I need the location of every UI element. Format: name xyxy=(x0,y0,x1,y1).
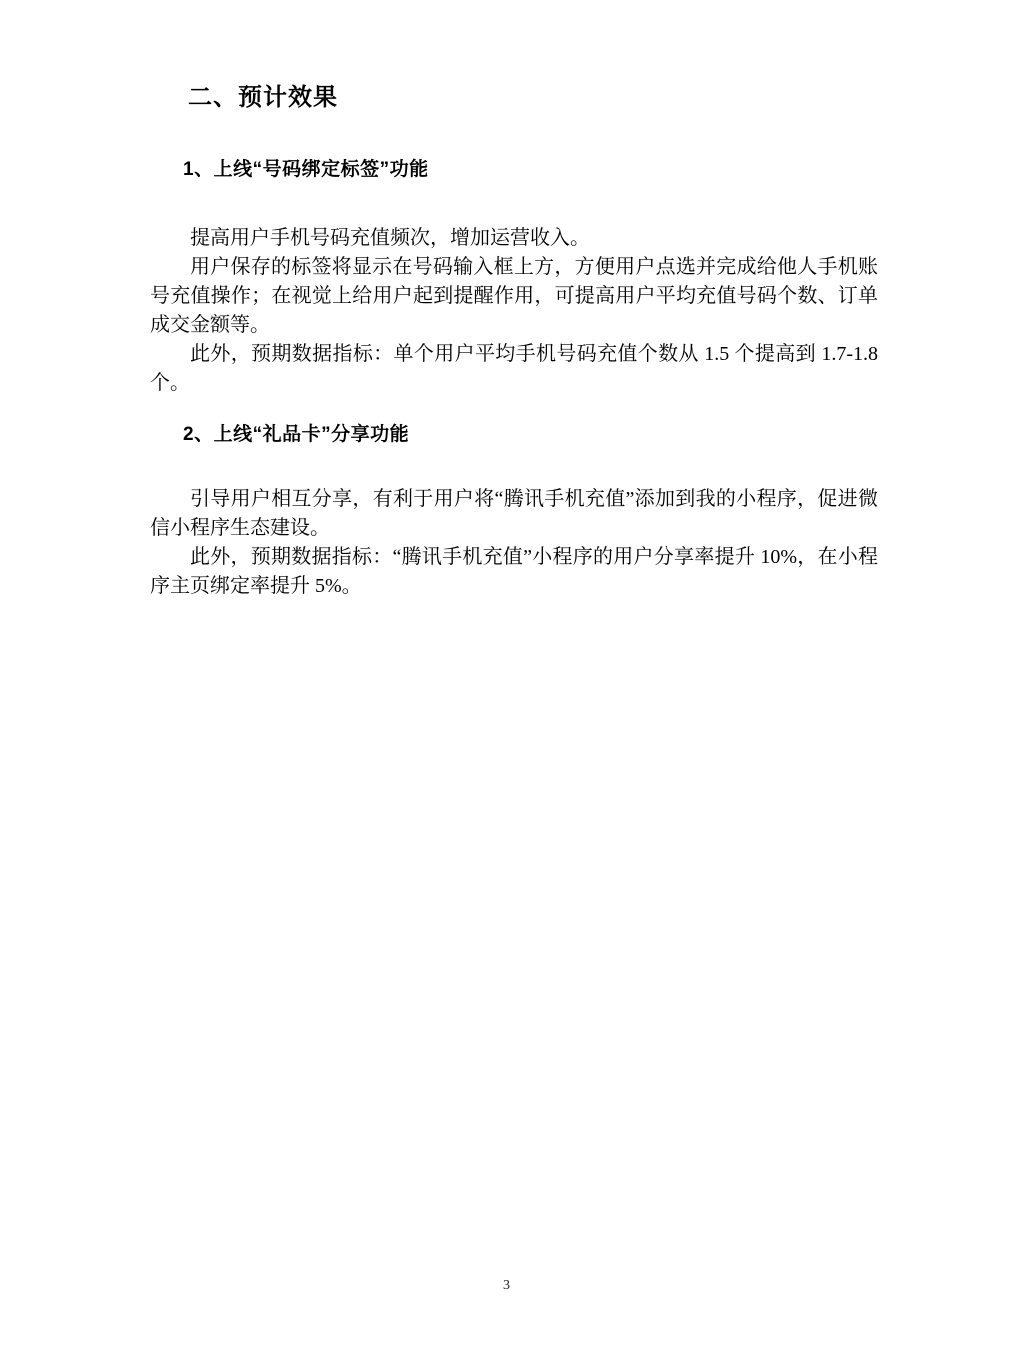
subsection-2-title: 2、上线“礼品卡”分享功能 xyxy=(183,424,878,446)
subsection-2-paragraph-1: 引导用户相互分享，有利于用户将“腾讯手机充值”添加到我的小程序，促进微信小程序生… xyxy=(150,485,878,543)
subsection-1-paragraph-3: 此外，预期数据指标：单个用户平均手机号码充值个数从 1.5 个提高到 1.7-1… xyxy=(150,340,878,398)
subsection-2-paragraph-2: 此外，预期数据指标：“腾讯手机充值”小程序的用户分享率提升 10%，在小程序主页… xyxy=(150,543,878,601)
section-heading: 二、预计效果 xyxy=(188,0,878,112)
document-page: 二、预计效果 1、上线“号码绑定标签”功能 提高用户手机号码充值频次，增加运营收… xyxy=(0,0,1013,1357)
subsection-1-title: 1、上线“号码绑定标签”功能 xyxy=(183,159,878,181)
subsection-1-paragraph-1: 提高用户手机号码充值频次，增加运营收入。 xyxy=(150,224,878,253)
page-number: 3 xyxy=(0,1277,1013,1295)
subsection-1-paragraph-2: 用户保存的标签将显示在号码输入框上方，方便用户点选并完成给他人手机账号充值操作；… xyxy=(150,253,878,340)
